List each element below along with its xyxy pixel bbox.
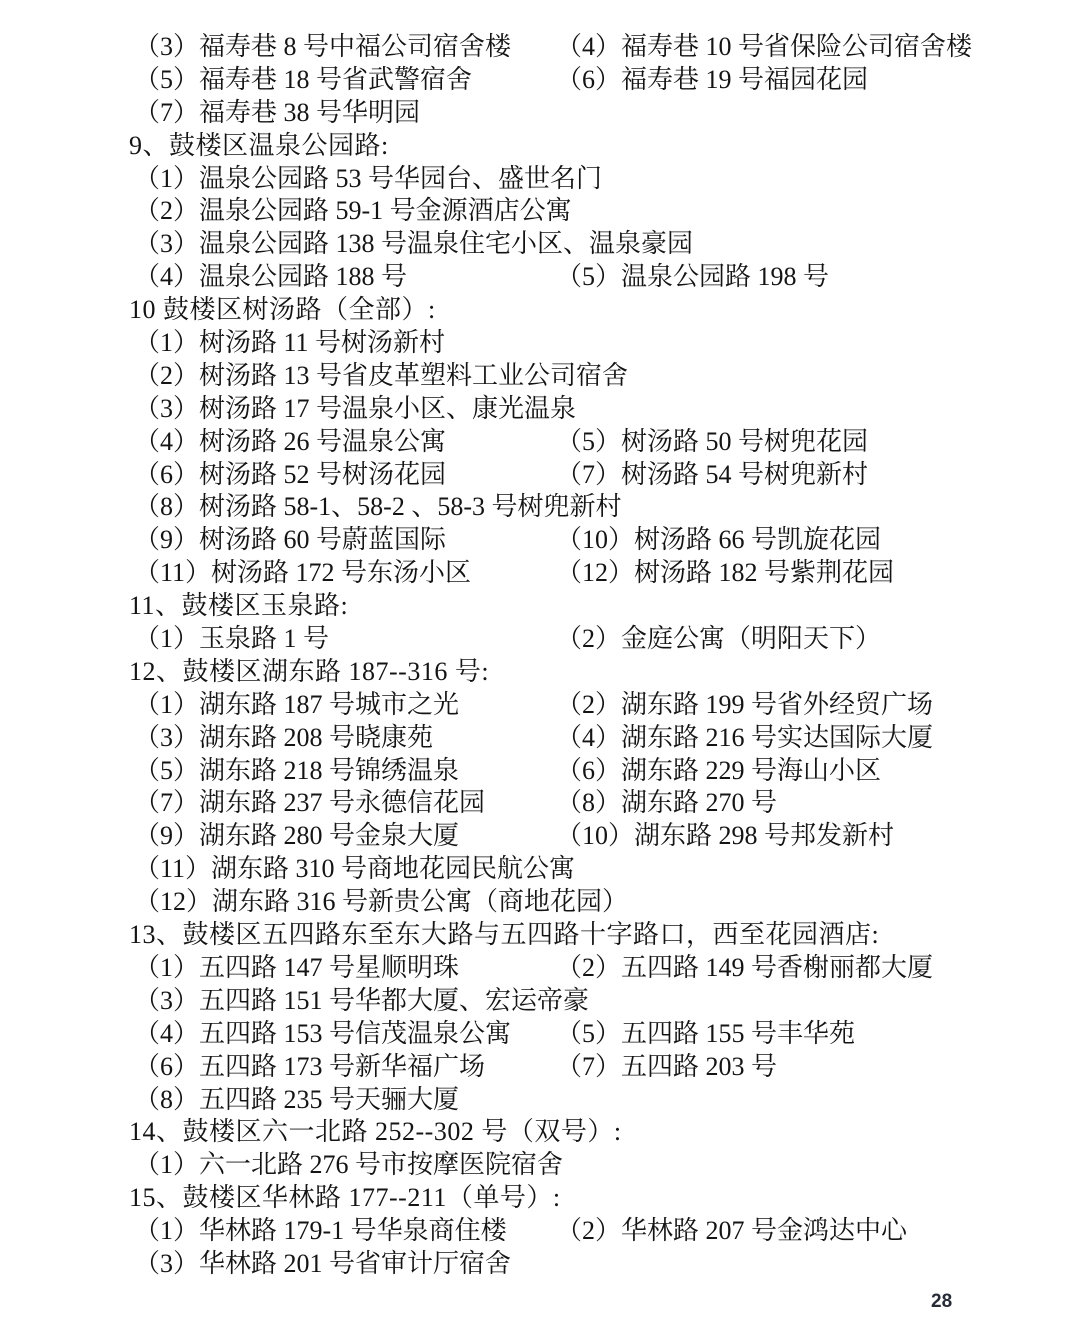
address-text: （7）五四路 203 号 <box>556 1051 777 1084</box>
section-header: 11、鼓楼区玉泉路: <box>0 590 1080 623</box>
address-text: （1）五四路 147 号星顺明珠 <box>134 953 459 982</box>
address-text: （2）金庭公寓（明阳天下） <box>556 623 881 656</box>
document-content: （3）福寿巷 8 号中福公司宿舍楼（4）福寿巷 10 号省保险公司宿舍楼（5）福… <box>0 31 1080 1281</box>
address-text: （2）华林路 207 号金鸿达中心 <box>556 1215 907 1248</box>
section-header-text: 13、鼓楼区五四路东至东大路与五四路十字路口，西至花园酒店: <box>129 920 879 949</box>
address-text: （3）华林路 201 号省审计厅宿舍 <box>134 1249 511 1278</box>
address-row: （7）湖东路 237 号永德信花园（8）湖东路 270 号 <box>0 787 1080 820</box>
address-row: （1）华林路 179-1 号华泉商住楼（2）华林路 207 号金鸿达中心 <box>0 1215 1080 1248</box>
section-header: 10 鼓楼区树汤路（全部）: <box>0 294 1080 327</box>
address-row: （8）树汤路 58-1、58-2 、58-3 号树兜新村 <box>0 491 1080 524</box>
section-header-text: 12、鼓楼区湖东路 187--316 号: <box>129 657 489 686</box>
section-header-text: 15、鼓楼区华林路 177--211（单号）: <box>129 1183 561 1212</box>
address-row: （3）福寿巷 8 号中福公司宿舍楼（4）福寿巷 10 号省保险公司宿舍楼 <box>0 31 1080 64</box>
address-row: （3）温泉公园路 138 号温泉住宅小区、温泉豪园 <box>0 228 1080 261</box>
address-row: （12）湖东路 316 号新贵公寓（商地花园） <box>0 886 1080 919</box>
address-row: （5）湖东路 218 号锦绣温泉（6）湖东路 229 号海山小区 <box>0 755 1080 788</box>
address-row: （8）五四路 235 号天骊大厦 <box>0 1084 1080 1117</box>
address-text: （5）湖东路 218 号锦绣温泉 <box>134 756 459 785</box>
address-row: （3）湖东路 208 号晓康苑（4）湖东路 216 号实达国际大厦 <box>0 722 1080 755</box>
address-text: （12）湖东路 316 号新贵公寓（商地花园） <box>134 887 628 916</box>
address-text: （2）温泉公园路 59-1 号金源酒店公寓 <box>134 196 572 225</box>
address-text: （4）温泉公园路 188 号 <box>134 262 407 291</box>
address-row: （4）树汤路 26 号温泉公寓（5）树汤路 50 号树兜花园 <box>0 426 1080 459</box>
address-row: （2）温泉公园路 59-1 号金源酒店公寓 <box>0 195 1080 228</box>
address-text: （3）湖东路 208 号晓康苑 <box>134 723 433 752</box>
address-row: （3）树汤路 17 号温泉小区、康光温泉 <box>0 393 1080 426</box>
address-text: （9）湖东路 280 号金泉大厦 <box>134 821 459 850</box>
address-text: （6）树汤路 52 号树汤花园 <box>134 460 446 489</box>
address-row: （6）五四路 173 号新华福广场（7）五四路 203 号 <box>0 1051 1080 1084</box>
address-text: （7）树汤路 54 号树兜新村 <box>556 459 868 492</box>
page-number: 28 <box>931 1291 952 1313</box>
address-row: （5）福寿巷 18 号省武警宿舍（6）福寿巷 19 号福园花园 <box>0 64 1080 97</box>
address-text: （1）温泉公园路 53 号华园台、盛世名门 <box>134 164 602 193</box>
address-text: （8）湖东路 270 号 <box>556 787 777 820</box>
address-text: （3）福寿巷 8 号中福公司宿舍楼 <box>134 32 511 61</box>
address-row: （3）五四路 151 号华都大厦、宏运帝豪 <box>0 985 1080 1018</box>
address-text: （4）福寿巷 10 号省保险公司宿舍楼 <box>556 31 972 64</box>
address-text: （5）温泉公园路 198 号 <box>556 261 829 294</box>
address-text: （2）五四路 149 号香榭丽都大厦 <box>556 952 933 985</box>
section-header: 12、鼓楼区湖东路 187--316 号: <box>0 656 1080 689</box>
address-row: （6）树汤路 52 号树汤花园（7）树汤路 54 号树兜新村 <box>0 459 1080 492</box>
address-text: （11）树汤路 172 号东汤小区 <box>134 558 471 587</box>
section-header: 15、鼓楼区华林路 177--211（单号）: <box>0 1182 1080 1215</box>
address-row: （1）五四路 147 号星顺明珠（2）五四路 149 号香榭丽都大厦 <box>0 952 1080 985</box>
address-text: （10）树汤路 66 号凯旋花园 <box>556 524 881 557</box>
section-header-text: 10 鼓楼区树汤路（全部）: <box>129 295 436 324</box>
address-text: （1）六一北路 276 号市按摩医院宿舍 <box>134 1150 563 1179</box>
section-header-text: 9、鼓楼区温泉公园路: <box>129 131 389 160</box>
address-text: （12）树汤路 182 号紫荆花园 <box>556 557 894 590</box>
section-header: 13、鼓楼区五四路东至东大路与五四路十字路口，西至花园酒店: <box>0 919 1080 952</box>
address-text: （3）温泉公园路 138 号温泉住宅小区、温泉豪园 <box>134 229 693 258</box>
address-text: （4）树汤路 26 号温泉公寓 <box>134 427 446 456</box>
address-row: （3）华林路 201 号省审计厅宿舍 <box>0 1248 1080 1281</box>
address-row: （2）树汤路 13 号省皮革塑料工业公司宿舍 <box>0 360 1080 393</box>
address-row: （11）树汤路 172 号东汤小区（12）树汤路 182 号紫荆花园 <box>0 557 1080 590</box>
address-text: （5）树汤路 50 号树兜花园 <box>556 426 868 459</box>
address-row: （1）湖东路 187 号城市之光（2）湖东路 199 号省外经贸广场 <box>0 689 1080 722</box>
address-row: （1）玉泉路 1 号（2）金庭公寓（明阳天下） <box>0 623 1080 656</box>
section-header: 14、鼓楼区六一北路 252--302 号（双号）: <box>0 1116 1080 1149</box>
address-row: （4）温泉公园路 188 号（5）温泉公园路 198 号 <box>0 261 1080 294</box>
address-row: （4）五四路 153 号信茂温泉公寓（5）五四路 155 号丰华苑 <box>0 1018 1080 1051</box>
section-header: 9、鼓楼区温泉公园路: <box>0 130 1080 163</box>
address-row: （1）树汤路 11 号树汤新村 <box>0 327 1080 360</box>
address-text: （8）五四路 235 号天骊大厦 <box>134 1085 459 1114</box>
address-text: （1）华林路 179-1 号华泉商住楼 <box>134 1216 507 1245</box>
address-text: （4）五四路 153 号信茂温泉公寓 <box>134 1019 511 1048</box>
document-page: （3）福寿巷 8 号中福公司宿舍楼（4）福寿巷 10 号省保险公司宿舍楼（5）福… <box>0 0 1080 1333</box>
section-header-text: 14、鼓楼区六一北路 252--302 号（双号）: <box>129 1117 622 1146</box>
address-text: （8）树汤路 58-1、58-2 、58-3 号树兜新村 <box>134 492 621 521</box>
address-text: （7）湖东路 237 号永德信花园 <box>134 788 485 817</box>
address-text: （1）玉泉路 1 号 <box>134 624 329 653</box>
address-text: （6）五四路 173 号新华福广场 <box>134 1052 485 1081</box>
address-text: （1）树汤路 11 号树汤新村 <box>134 328 445 357</box>
section-header-text: 11、鼓楼区玉泉路: <box>129 591 348 620</box>
address-text: （5）福寿巷 18 号省武警宿舍 <box>134 65 472 94</box>
address-text: （3）五四路 151 号华都大厦、宏运帝豪 <box>134 986 589 1015</box>
address-row: （9）湖东路 280 号金泉大厦（10）湖东路 298 号邦发新村 <box>0 820 1080 853</box>
address-text: （9）树汤路 60 号蔚蓝国际 <box>134 525 446 554</box>
address-text: （3）树汤路 17 号温泉小区、康光温泉 <box>134 394 576 423</box>
address-text: （1）湖东路 187 号城市之光 <box>134 690 459 719</box>
address-text: （11）湖东路 310 号商地花园民航公寓 <box>134 854 575 883</box>
address-text: （10）湖东路 298 号邦发新村 <box>556 820 894 853</box>
address-text: （6）湖东路 229 号海山小区 <box>556 755 881 788</box>
address-row: （1）温泉公园路 53 号华园台、盛世名门 <box>0 163 1080 196</box>
address-text: （2）树汤路 13 号省皮革塑料工业公司宿舍 <box>134 361 628 390</box>
address-text: （4）湖东路 216 号实达国际大厦 <box>556 722 933 755</box>
address-row: （7）福寿巷 38 号华明园 <box>0 97 1080 130</box>
address-text: （2）湖东路 199 号省外经贸广场 <box>556 689 933 722</box>
address-row: （11）湖东路 310 号商地花园民航公寓 <box>0 853 1080 886</box>
address-text: （5）五四路 155 号丰华苑 <box>556 1018 855 1051</box>
address-row: （9）树汤路 60 号蔚蓝国际（10）树汤路 66 号凯旋花园 <box>0 524 1080 557</box>
address-text: （7）福寿巷 38 号华明园 <box>134 98 420 127</box>
address-text: （6）福寿巷 19 号福园花园 <box>556 64 868 97</box>
address-row: （1）六一北路 276 号市按摩医院宿舍 <box>0 1149 1080 1182</box>
